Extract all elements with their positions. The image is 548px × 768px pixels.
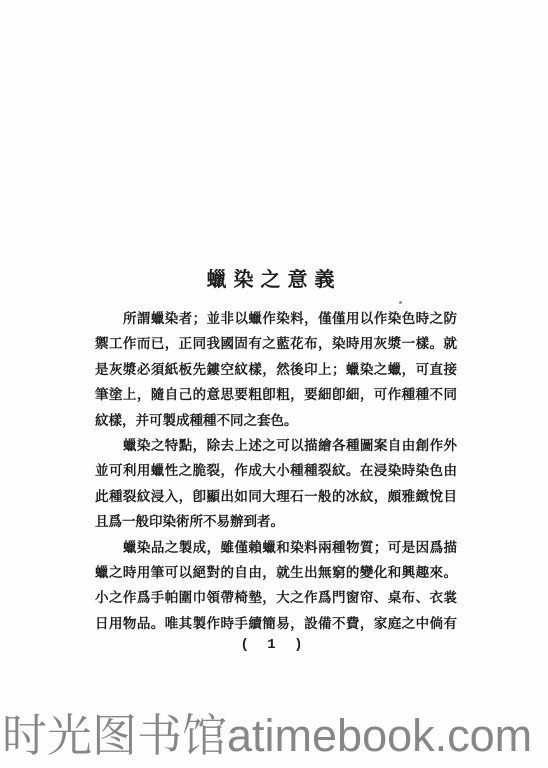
body-line: 蠟之時用筆可以絕對的自由，就生出無窮的變化和興趣來。 bbox=[95, 560, 457, 585]
body-text: 所謂蠟染者；並非以蠟作染料，僅僅用以作染色時之防 禦工作而已，正同我國固有之藍花… bbox=[95, 306, 457, 636]
body-line: 紋樣，并可製成種種不同之套色。 bbox=[95, 408, 457, 433]
body-line: 此種裂紋浸入，卽顯出如同大理石一般的冰紋，頗雅緻悅目 bbox=[95, 484, 457, 509]
body-line: 並可利用蠟性之脆裂，作成大小種種裂紋。在浸染時染色由 bbox=[95, 458, 457, 483]
body-line: 是灰漿必須紙板先鏤空紋樣，然後印上；蠟染之蠟，可直接用 bbox=[95, 357, 457, 382]
body-line: 日用物品。唯其製作時手續簡易，設備不費，家庭之中倘有 bbox=[95, 611, 457, 636]
watermark-text: 时光图书馆atimebook.com bbox=[2, 706, 532, 767]
scan-speck-artifact bbox=[399, 301, 402, 304]
body-line: 筆塗上，隨自己的意思要粗卽粗，要細卽細，可作種種不同之 bbox=[95, 382, 457, 407]
body-line: 蠟染品之製成，雖僅賴蠟和染料兩種物質；可是因爲描 bbox=[95, 535, 457, 560]
page-number: ( 1 ) bbox=[0, 637, 548, 653]
page-title: 蠟染之意義 bbox=[0, 263, 548, 292]
body-line: 所謂蠟染者；並非以蠟作染料，僅僅用以作染色時之防 bbox=[95, 306, 457, 331]
body-line: 蠟染之特點，除去上述之可以描繪各種圖案自由創作外 bbox=[95, 433, 457, 458]
scanned-book-page: 蠟染之意義 所謂蠟染者；並非以蠟作染料，僅僅用以作染色時之防 禦工作而已，正同我… bbox=[0, 0, 548, 768]
body-line: 禦工作而已，正同我國固有之藍花布，染時用灰漿一樣。就 bbox=[95, 331, 457, 356]
body-line: 且爲一般印染術所不易辦到者。 bbox=[95, 509, 457, 534]
body-line: 小之作爲手帕圍巾領帶椅墊，大之作爲門窗帘、桌布、衣裳等 bbox=[95, 585, 457, 610]
